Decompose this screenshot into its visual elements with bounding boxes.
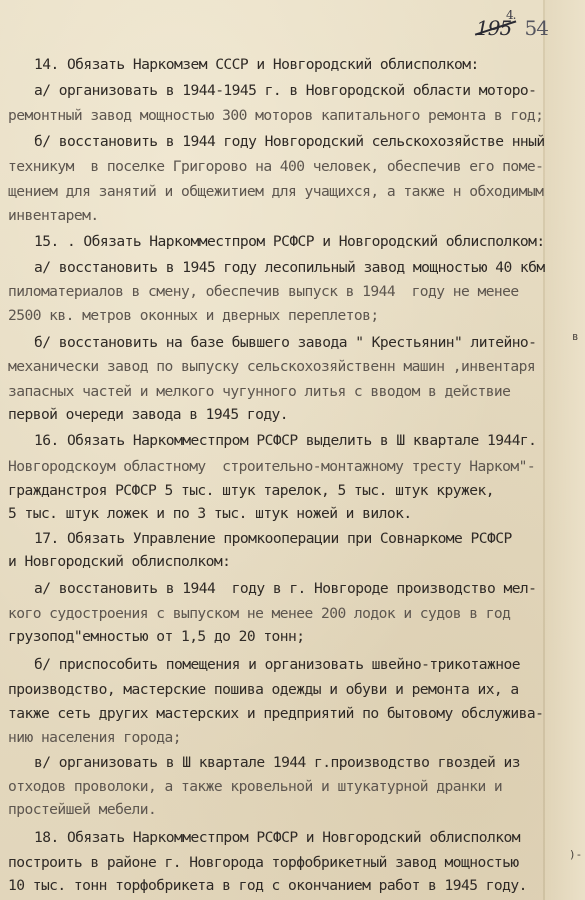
item-16-line-3: гражданстроя РСФСР 5 тыс. штук тарелок, … bbox=[8, 482, 494, 500]
item-17-a-line-3: грузопод"емностью от 1,5 до 20 тонн; bbox=[8, 628, 305, 646]
item-16-heading: 16. Обязать Наркомместпром РСФСР выделит… bbox=[34, 432, 536, 450]
document-page: 195 4. 54 14. Обязать Наркомзем СССР и Н… bbox=[0, 0, 585, 900]
item-17-heading: 17. Обязать Управление промкооперации пр… bbox=[34, 530, 512, 548]
item-15-a-line-2: пиломатериалов в смену, обеспечив выпуск… bbox=[8, 283, 519, 301]
item-18-heading: 18. Обязать Наркомместпром РСФСР и Новго… bbox=[34, 829, 520, 847]
item-14-b-line-2: техникум в поселке Григорово на 400 чело… bbox=[8, 158, 543, 176]
item-14-b-line-1: б/ восстановить в 1944 году Новгородский… bbox=[34, 133, 545, 151]
item-17-b-line-2: производство, мастерские пошива одежды и… bbox=[8, 681, 519, 699]
item-17-a-line-2: кого судостроения с выпуском не менее 20… bbox=[8, 605, 510, 623]
item-17-b-line-1: б/ приспособить помещения и организовать… bbox=[34, 656, 520, 674]
item-18-line-3: 10 тыс. тонн торфобрикета в год с оконча… bbox=[8, 877, 527, 895]
item-17-b-line-4: нию населения города; bbox=[8, 729, 181, 747]
item-14-b-line-4: инвентарем. bbox=[8, 207, 99, 225]
item-15-b-line-3: запасных частей и мелкого чугунного лить… bbox=[8, 383, 510, 401]
item-15-b-line-4: первой очереди завода в 1945 году. bbox=[8, 406, 288, 424]
item-17-heading-line-2: и Новгородский облисполком: bbox=[8, 553, 230, 571]
item-17-b-line-3: также сеть других мастерских и предприят… bbox=[8, 705, 543, 723]
item-15-a-line-1: а/ восстановить в 1945 году лесопильный … bbox=[34, 259, 545, 277]
item-17-c-line-1: в/ организовать в Ш квартале 1944 г.прои… bbox=[34, 754, 520, 772]
item-17-c-line-2: отходов проволоки, а также кровельной и … bbox=[8, 778, 502, 796]
item-18-line-2: построить в районе г. Новгорода торфобри… bbox=[8, 854, 519, 872]
item-17-a-line-1: а/ восстановить в 1944 году в г. Новгоро… bbox=[34, 580, 536, 598]
item-15-b-line-1: б/ восстановить на базе бывшего завода "… bbox=[34, 334, 536, 352]
item-14-a-line-2: ремонтный завод мощностью 300 моторов ка… bbox=[8, 107, 543, 125]
margin-mark-upper: в bbox=[572, 330, 579, 343]
item-16-line-2: Новгородскоум областному строительно-мон… bbox=[8, 458, 535, 476]
item-14-heading: 14. Обязать Наркомзем СССР и Новгородски… bbox=[34, 56, 479, 74]
item-17-c-line-3: простейшей мебели. bbox=[8, 801, 156, 819]
typewritten-text: 14. Обязать Наркомзем СССР и Новгородски… bbox=[0, 0, 585, 680]
item-15-a-line-3: 2500 кв. метров оконных и дверных перепл… bbox=[8, 307, 379, 325]
item-14-b-line-3: щением для занятий и общежитием для учащ… bbox=[8, 183, 543, 201]
margin-mark-lower: )- bbox=[569, 848, 582, 861]
item-16-line-4: 5 тыс. штук ложек и по 3 тыс. штук ножей… bbox=[8, 505, 412, 523]
item-15-heading: 15. . Обязать Наркомместпром РСФСР и Нов… bbox=[34, 233, 545, 251]
item-15-b-line-2: механически завод по выпуску сельскохозя… bbox=[8, 358, 535, 376]
item-14-a-line-1: а/ организовать в 1944-1945 г. в Новгоро… bbox=[34, 82, 536, 100]
